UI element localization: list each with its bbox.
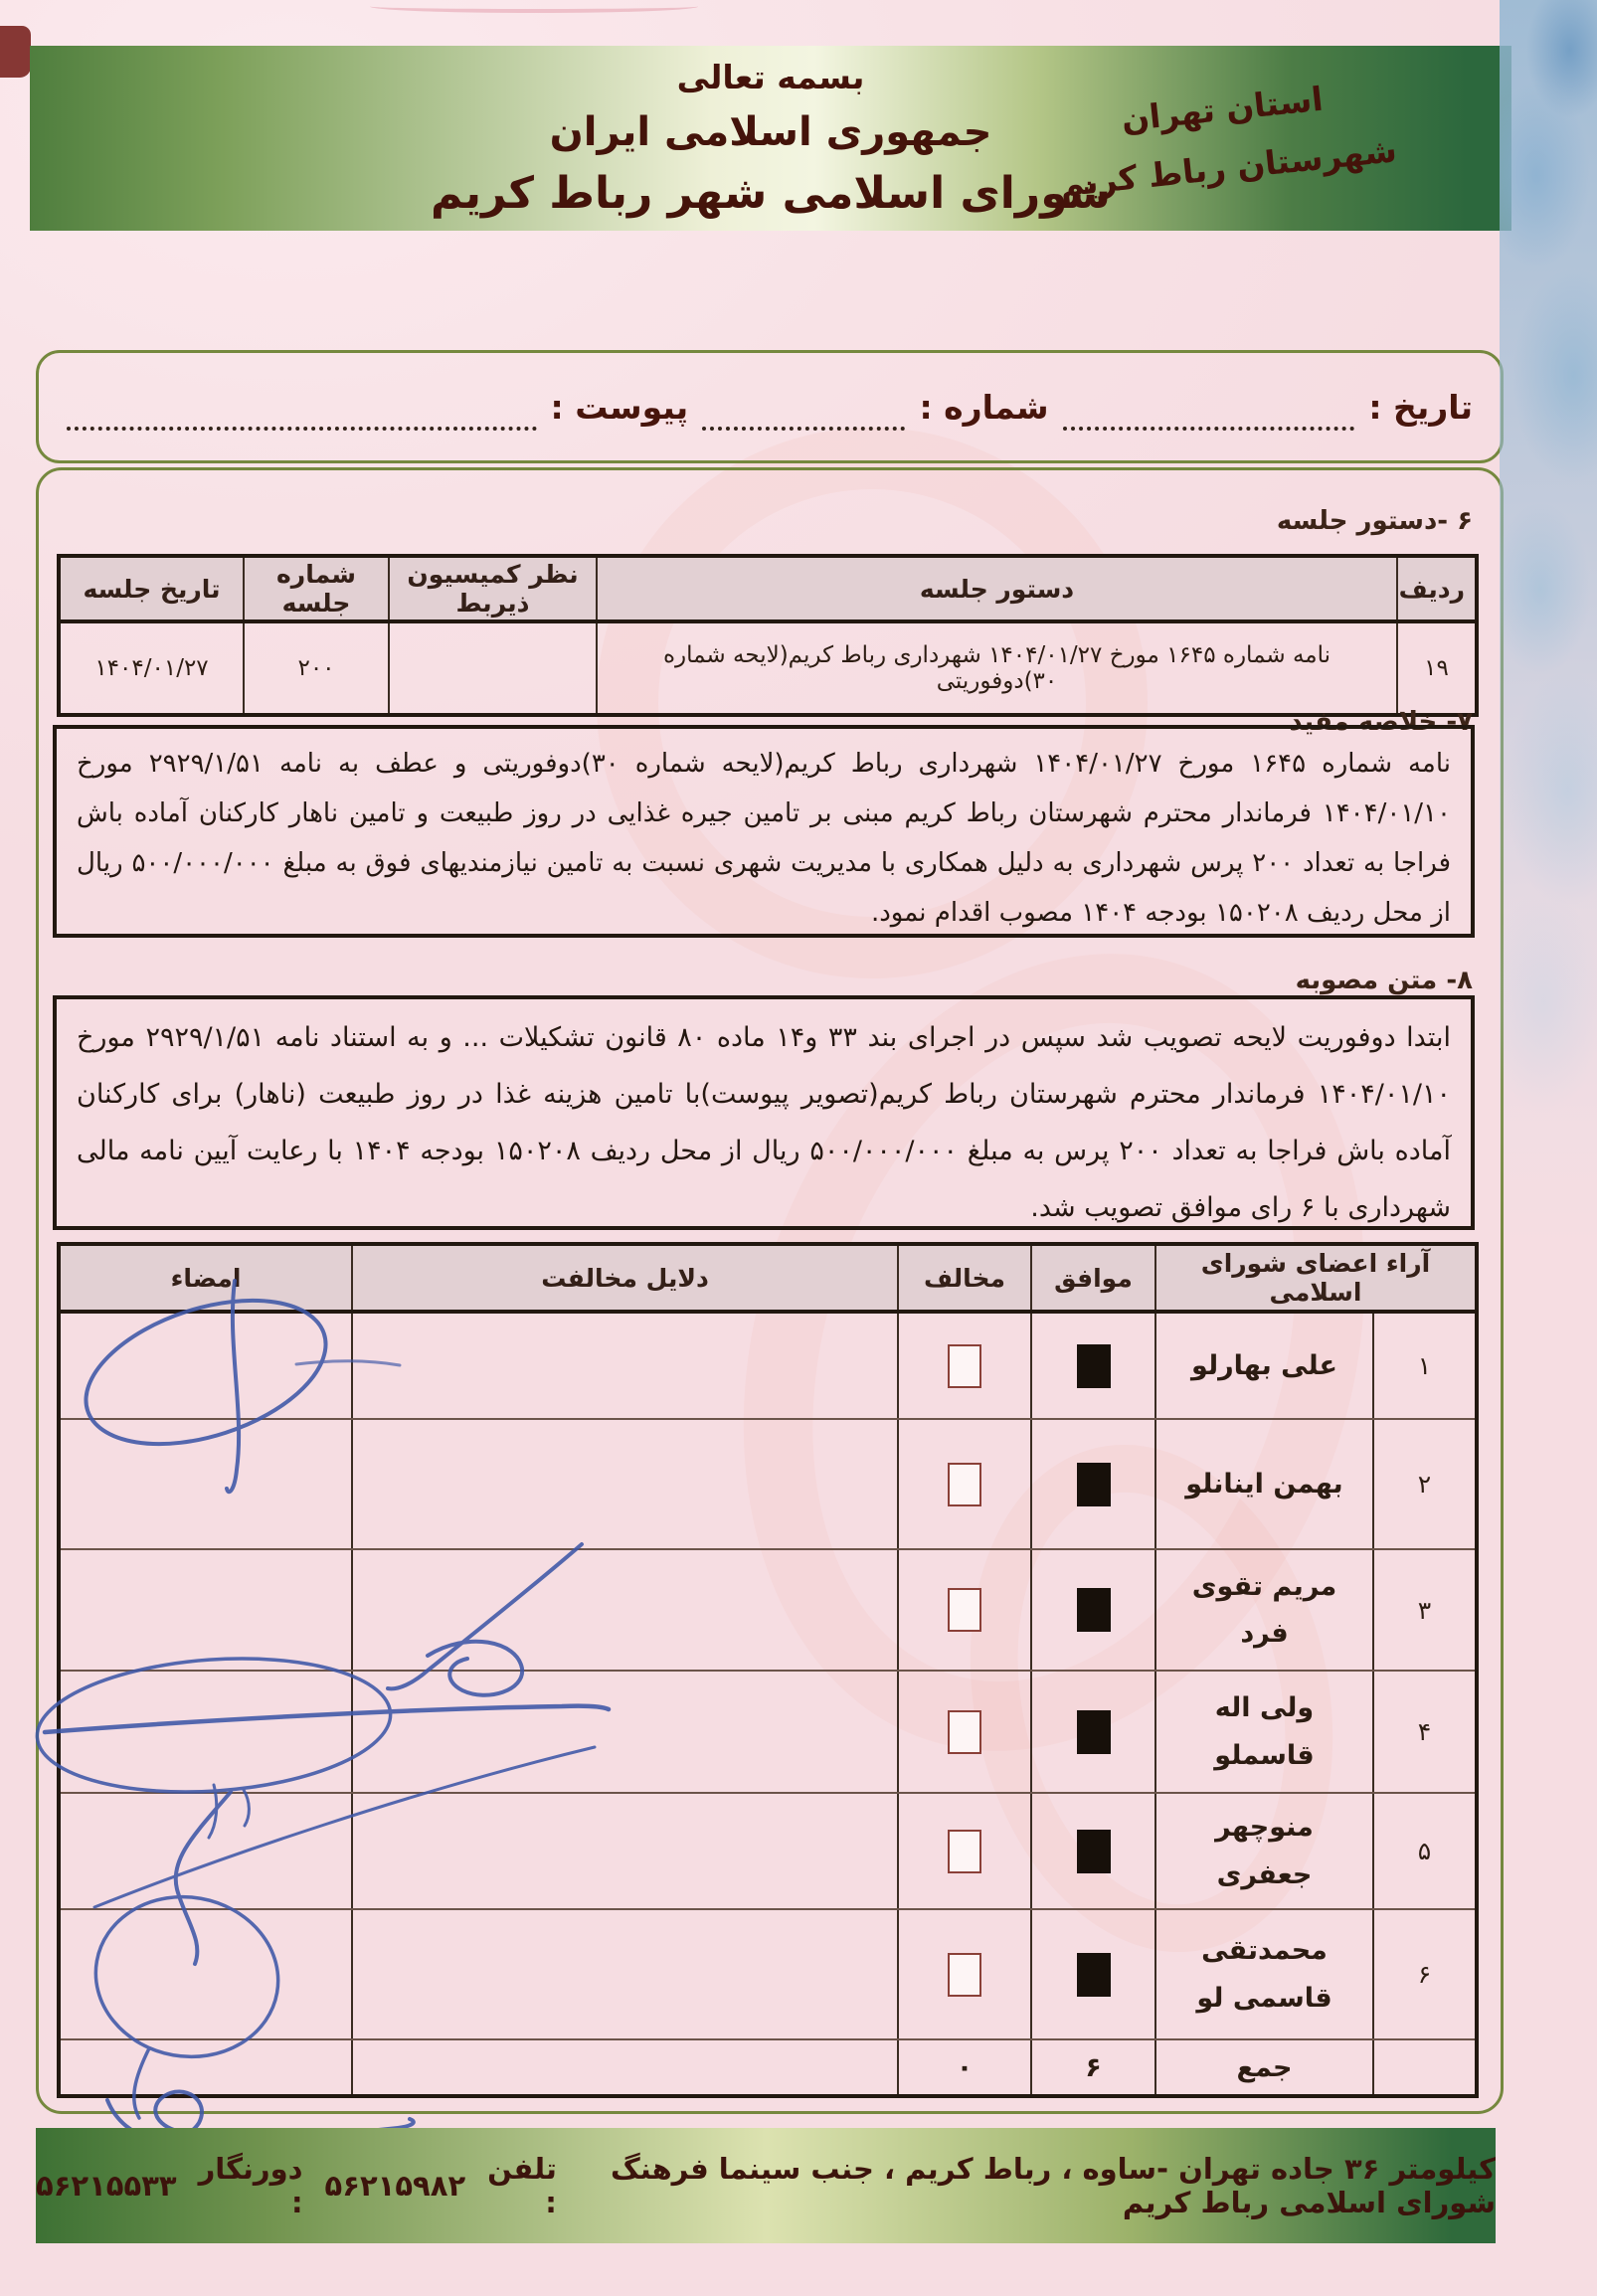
scan-blue-edge	[1500, 0, 1597, 1253]
member-index: ۵	[1373, 1793, 1477, 1909]
agenda-row-text: نامه شماره ۱۶۴۵ مورخ ۱۴۰۴/۰۱/۲۷ شهرداری …	[597, 621, 1397, 715]
agree-checkbox	[1079, 1712, 1109, 1752]
disagree-checkbox	[948, 1344, 981, 1388]
footer-phone-number: ۵۶۲۱۵۹۸۲	[325, 2169, 466, 2203]
number-label: شماره :	[919, 388, 1048, 427]
disagree-cell	[898, 1419, 1031, 1549]
attachment-dotted-line	[67, 397, 537, 431]
agree-checkbox	[1079, 1590, 1109, 1630]
disagree-cell	[898, 1671, 1031, 1793]
scan-corner-red-mark	[0, 26, 31, 78]
date-label: تاریخ :	[1368, 388, 1473, 427]
col-header-signature: امضاء	[59, 1244, 352, 1312]
signature-cell	[59, 1549, 352, 1671]
objection-reason-cell	[352, 1909, 898, 2039]
agenda-row-session-no: ۲۰۰	[244, 621, 389, 715]
objection-reason-cell	[352, 1671, 898, 1793]
signature-cell	[59, 1909, 352, 2039]
vote-row: ۳ مریم تقوی فرد	[59, 1549, 1477, 1671]
section-8-title: ۸- متن مصوبه	[1296, 966, 1473, 995]
objection-reason-cell	[352, 1549, 898, 1671]
col-header-members: آراء اعضای شورای اسلامی	[1155, 1244, 1477, 1312]
republic-title: جمهوری اسلامی ایران	[550, 109, 992, 155]
vote-row: ۵ منوچهر جعفری	[59, 1793, 1477, 1909]
member-index: ۴	[1373, 1671, 1477, 1793]
member-name: مریم تقوی فرد	[1155, 1549, 1373, 1671]
vote-row: ۴ ولی اله قاسملو	[59, 1671, 1477, 1793]
letterhead: بسمه تعالی جمهوری اسلامی ایران شورای اسل…	[30, 46, 1511, 231]
member-index: ۳	[1373, 1549, 1477, 1671]
meta-bar: تاریخ : شماره : پیوست :	[36, 350, 1504, 463]
agree-cell	[1031, 1419, 1155, 1549]
agree-cell	[1031, 1793, 1155, 1909]
col-header-disagree: مخالف	[898, 1244, 1031, 1312]
signature-cell	[59, 1793, 352, 1909]
date-dotted-line	[1063, 397, 1355, 431]
objection-reason-cell	[352, 1793, 898, 1909]
votes-header-row: آراء اعضای شورای اسلامی موافق مخالف دلای…	[59, 1244, 1477, 1312]
signature-cell	[59, 1312, 352, 1419]
total-disagree-count: ۰	[898, 2039, 1031, 2096]
disagree-checkbox	[948, 1953, 981, 1997]
agree-checkbox	[1079, 1832, 1109, 1871]
resolution-text-box: ابتدا دوفوریت لایحه تصویب شد سپس در اجرا…	[53, 995, 1475, 1230]
total-empty-reason	[352, 2039, 898, 2096]
scanned-document-page: بسمه تعالی جمهوری اسلامی ایران شورای اسل…	[0, 0, 1597, 2296]
vote-row: ۲ بهمن اینانلو	[59, 1419, 1477, 1549]
total-label: جمع	[1155, 2039, 1373, 2096]
col-header-agree: موافق	[1031, 1244, 1155, 1312]
agree-checkbox	[1079, 1465, 1109, 1504]
member-name: محمدتقی قاسمی لو	[1155, 1909, 1373, 2039]
agenda-table: ردیف دستور جلسه نظر کمیسیون ذیربط شماره …	[57, 554, 1479, 717]
col-header-session-no: شماره جلسه	[244, 556, 389, 621]
signature-cell	[59, 1671, 352, 1793]
agree-cell	[1031, 1312, 1155, 1419]
member-name: بهمن اینانلو	[1155, 1419, 1373, 1549]
member-index: ۲	[1373, 1419, 1477, 1549]
document-body-box: ۶ -دستور جلسه ردیف دستور جلسه نظر کمیسیو…	[36, 467, 1504, 2114]
col-header-row-no: ردیف	[1397, 556, 1477, 621]
member-index: ۱	[1373, 1312, 1477, 1419]
vote-row: ۶ محمدتقی قاسمی لو	[59, 1909, 1477, 2039]
total-agree-count: ۶	[1031, 2039, 1155, 2096]
disagree-cell	[898, 1909, 1031, 2039]
summary-text-box: نامه شماره ۱۶۴۵ مورخ ۱۴۰۴/۰۱/۲۷ شهرداری …	[53, 725, 1475, 938]
disagree-checkbox	[948, 1830, 981, 1873]
member-index: ۶	[1373, 1909, 1477, 2039]
agree-cell	[1031, 1549, 1155, 1671]
objection-reason-cell	[352, 1312, 898, 1419]
total-empty-signature	[59, 2039, 352, 2096]
footer-bar: کیلومتر ۳۶ جاده تهران -ساوه ، رباط کریم …	[36, 2128, 1496, 2243]
disagree-checkbox	[948, 1588, 981, 1632]
disagree-cell	[898, 1312, 1031, 1419]
col-header-reasons: دلایل مخالفت	[352, 1244, 898, 1312]
member-name: منوچهر جعفری	[1155, 1793, 1373, 1909]
agenda-row: ۱۹ نامه شماره ۱۶۴۵ مورخ ۱۴۰۴/۰۱/۲۷ شهردا…	[59, 621, 1477, 715]
col-header-agenda: دستور جلسه	[597, 556, 1397, 621]
agenda-header-row: ردیف دستور جلسه نظر کمیسیون ذیربط شماره …	[59, 556, 1477, 621]
signature-cell	[59, 1419, 352, 1549]
vote-row: ۱ علی بهارلو	[59, 1312, 1477, 1419]
votes-total-row: جمع ۶ ۰	[59, 2039, 1477, 2096]
disagree-checkbox	[948, 1463, 981, 1506]
total-empty-index	[1373, 2039, 1477, 2096]
bismillah-title: بسمه تعالی	[677, 58, 865, 96]
footer-address: کیلومتر ۳۶ جاده تهران -ساوه ، رباط کریم …	[579, 2152, 1496, 2219]
agree-checkbox	[1079, 1955, 1109, 1995]
col-header-commission: نظر کمیسیون ذیربط	[389, 556, 597, 621]
footer-phone-label: تلفن :	[487, 2152, 557, 2219]
objection-reason-cell	[352, 1419, 898, 1549]
col-header-session-date: تاریخ جلسه	[59, 556, 244, 621]
disagree-cell	[898, 1549, 1031, 1671]
agenda-row-commission	[389, 621, 597, 715]
attachment-label: پیوست :	[551, 388, 689, 427]
agenda-row-no: ۱۹	[1397, 621, 1477, 715]
scan-top-smudge	[370, 0, 698, 13]
section-6-title: ۶ -دستور جلسه	[1277, 506, 1473, 536]
agree-checkbox	[1079, 1346, 1109, 1386]
footer-fax-number: ۵۶۲۱۵۵۳۳	[36, 2169, 177, 2203]
council-title: شورای اسلامی شهر رباط کریم	[431, 168, 1111, 219]
number-dotted-line	[702, 397, 905, 431]
disagree-checkbox	[948, 1710, 981, 1754]
member-name: ولی اله قاسملو	[1155, 1671, 1373, 1793]
agree-cell	[1031, 1671, 1155, 1793]
disagree-cell	[898, 1793, 1031, 1909]
member-name: علی بهارلو	[1155, 1312, 1373, 1419]
votes-table: آراء اعضای شورای اسلامی موافق مخالف دلای…	[57, 1242, 1479, 2098]
agenda-row-session-date: ۱۴۰۴/۰۱/۲۷	[59, 621, 244, 715]
footer-fax-label: دورنگار :	[199, 2152, 303, 2219]
agree-cell	[1031, 1909, 1155, 2039]
